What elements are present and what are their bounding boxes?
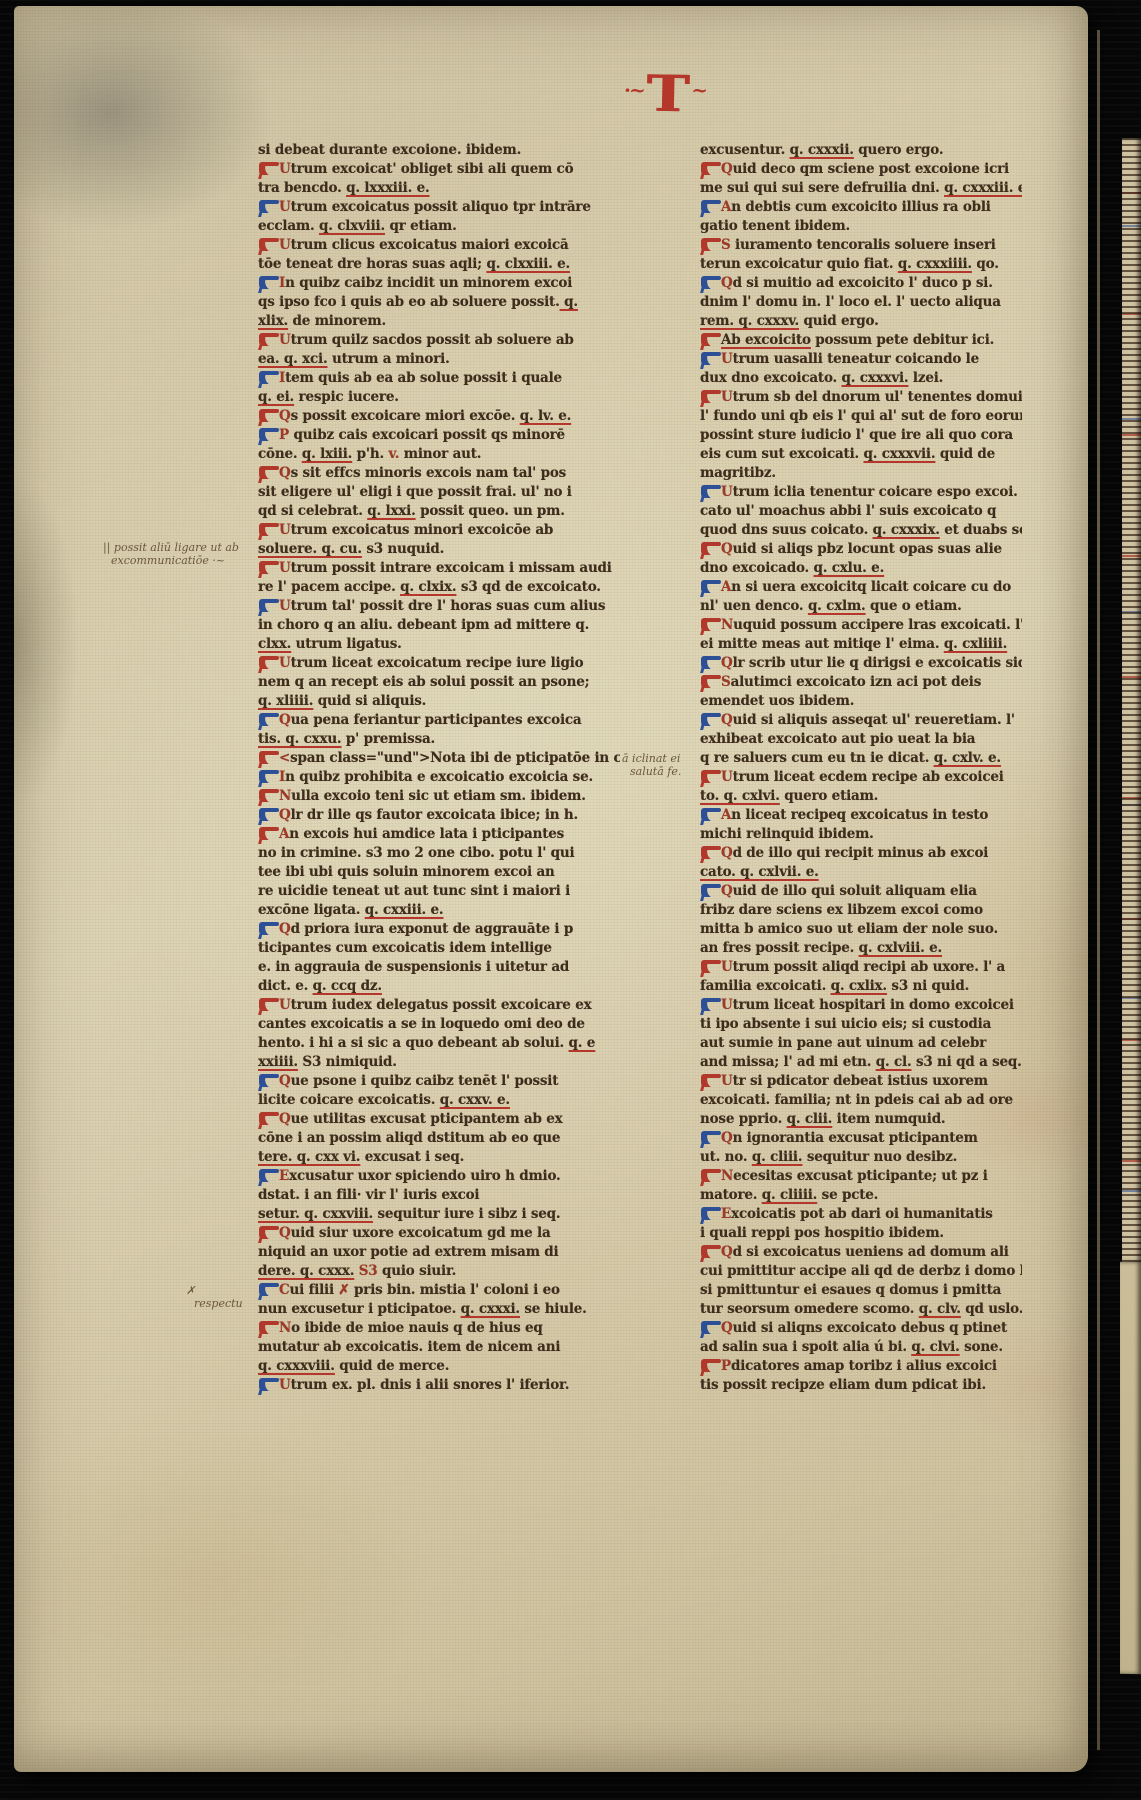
text-line: mutatur ab excoicatis. item de nicem ani bbox=[258, 1338, 620, 1357]
text-line: cato. q. cxlvii. e. bbox=[700, 863, 1022, 882]
paraph-mark bbox=[701, 333, 714, 346]
text-line: P quibz cais excoicari possit qs minorē bbox=[258, 426, 620, 445]
text-line: Utrum excoicatus possit aliquo tpr intrā… bbox=[258, 198, 620, 217]
paraph-mark bbox=[259, 770, 272, 783]
paraph-mark bbox=[701, 770, 714, 783]
text-line: Que psone i quibz caibz tenēt l' possit bbox=[258, 1072, 620, 1091]
paraph-mark bbox=[701, 390, 714, 403]
text-line: tra bencdo. q. lxxxiii. e. bbox=[258, 179, 620, 198]
text-line: cōne i an possim aliqd dstitum ab eo que bbox=[258, 1129, 620, 1148]
facing-page-blank-edge bbox=[1120, 1262, 1141, 1674]
text-line: magritibz. bbox=[700, 464, 1022, 483]
facing-page-text-edge bbox=[1122, 138, 1141, 1262]
text-line: cato ul' moachus abbi l' suis excoicato … bbox=[700, 502, 1022, 521]
paraph-mark bbox=[701, 808, 714, 821]
paraph-mark bbox=[701, 675, 714, 688]
text-line: an fres possit recipe. q. cxlviii. e. bbox=[700, 939, 1022, 958]
text-line: soluere. q. cu. s3 nuquid. bbox=[258, 540, 620, 559]
text-line: Utrum possit aliqd recipi ab uxore. l' a bbox=[700, 958, 1022, 977]
text-line: S iuramento tencoralis soluere inseri bbox=[700, 236, 1022, 255]
paraph-mark bbox=[701, 276, 714, 289]
text-line: No ibide de mioe nauis q de hius eq bbox=[258, 1319, 620, 1338]
text-line: Utrum tal' possit dre l' horas suas cum … bbox=[258, 597, 620, 616]
text-line: matore. q. cliiii. se pcte. bbox=[700, 1186, 1022, 1205]
text-line: setur. q. cxxviii. sequitur iure i sibz … bbox=[258, 1205, 620, 1224]
text-line: re l' pacem accipe. q. clxix. s3 qd de e… bbox=[258, 578, 620, 597]
text-line: eis cum sut excoicati. q. cxxxvii. quid … bbox=[700, 445, 1022, 464]
text-line: excusentur. q. cxxxii. quero ergo. bbox=[700, 141, 1022, 160]
paraph-mark bbox=[259, 1321, 272, 1334]
paraph-mark bbox=[701, 542, 714, 555]
paraph-mark bbox=[259, 1074, 272, 1087]
margin-note-line: || possit aliū ligare ut ab bbox=[103, 541, 239, 554]
paraph-mark bbox=[701, 1245, 714, 1258]
text-line: dnim l' domu in. l' loco el. l' uecto al… bbox=[700, 293, 1022, 312]
text-line: ei mitte meas aut mitiqe l' eima. q. cxl… bbox=[700, 635, 1022, 654]
text-line: Utrum excoicatus minori excoicōe ab bbox=[258, 521, 620, 540]
text-line: Utr si pdicator debeat istius uxorem bbox=[700, 1072, 1022, 1091]
text-line: Utrum iclia tenentur coicare espo excoi. bbox=[700, 483, 1022, 502]
paraph-mark bbox=[259, 371, 272, 384]
text-line: nun excusetur i pticipatoe. q. cxxxi. se… bbox=[258, 1300, 620, 1319]
paraph-mark bbox=[259, 922, 272, 935]
text-line: to. q. cxlvi. quero etiam. bbox=[700, 787, 1022, 806]
text-line: Utrum liceat ecdem recipe ab excoicei bbox=[700, 768, 1022, 787]
paraph-mark bbox=[259, 238, 272, 251]
text-line: in choro q an aliu. debeant ipm ad mitte… bbox=[258, 616, 620, 635]
text-line: Utrum iudex delegatus possit excoicare e… bbox=[258, 996, 620, 1015]
paraph-mark bbox=[701, 580, 714, 593]
text-column-left: si debeat durante excoione. ibidem.Utrum… bbox=[258, 141, 620, 1395]
text-line: rem. q. cxxxv. quid ergo. bbox=[700, 312, 1022, 331]
text-line: i quali reppi pos hospitio ibidem. bbox=[700, 1224, 1022, 1243]
paraph-mark bbox=[259, 599, 272, 612]
text-line: terun excoicatur quio fiat. q. cxxxiiii.… bbox=[700, 255, 1022, 274]
text-line: Qua pena feriantur participantes excoica bbox=[258, 711, 620, 730]
paraph-mark bbox=[701, 960, 714, 973]
paraph-mark bbox=[259, 998, 272, 1011]
text-line: Necesitas excusat pticipante; ut pz i bbox=[700, 1167, 1022, 1186]
text-line: Quid deco qm sciene post excoione icri bbox=[700, 160, 1022, 179]
text-line: In quibz caibz incidit un minorem excoi bbox=[258, 274, 620, 293]
text-line: An liceat recipeq excoicatus in testo bbox=[700, 806, 1022, 825]
paraph-mark bbox=[259, 713, 272, 726]
text-line: Utrum possit intrare excoicam i missam a… bbox=[258, 559, 620, 578]
text-line: hento. i hi a si sic a quo debeant ab so… bbox=[258, 1034, 620, 1053]
text-line: tōe teneat dre horas suas aqli; q. clxxi… bbox=[258, 255, 620, 274]
text-line: Utrum liceat excoicatum recipe iure ligi… bbox=[258, 654, 620, 673]
text-line: Item quis ab ea ab solue possit i quale bbox=[258, 369, 620, 388]
text-line: michi relinquid ibidem. bbox=[700, 825, 1022, 844]
paraph-mark bbox=[701, 618, 714, 631]
text-line: Quid siur uxore excoicatum gd me la bbox=[258, 1224, 620, 1243]
text-line: Utrum sb del dnorum ul' tenentes domui bbox=[700, 388, 1022, 407]
paraph-mark bbox=[701, 1359, 714, 1372]
paraph-mark bbox=[259, 1169, 272, 1182]
text-line: Que utilitas excusat pticipantem ab ex bbox=[258, 1110, 620, 1129]
text-line: Utrum clicus excoicatus maiori excoicā bbox=[258, 236, 620, 255]
paraph-mark bbox=[259, 789, 272, 802]
text-line: re uicidie teneat ut aut tunc sint i mai… bbox=[258, 882, 620, 901]
text-line: Utrum ex. pl. dnis i alii snores l' ifer… bbox=[258, 1376, 620, 1395]
text-line: q re saluers cum eu tn ie dicat. q. cxlv… bbox=[700, 749, 1022, 768]
paraph-mark bbox=[701, 200, 714, 213]
text-line: q. ei. respic iucere. bbox=[258, 388, 620, 407]
paraph-mark bbox=[259, 1226, 272, 1239]
text-line: qd si celebrat. q. lxxi. possit queo. un… bbox=[258, 502, 620, 521]
text-line: ea. q. xci. utrum a minori. bbox=[258, 350, 620, 369]
margin-note-line: salutā fe. bbox=[630, 765, 681, 778]
text-line: e. in aggrauia de suspensionis i uitetur… bbox=[258, 958, 620, 977]
paraph-mark bbox=[259, 751, 272, 764]
text-line: Utrum liceat hospitari in domo excoicei bbox=[700, 996, 1022, 1015]
paraph-mark bbox=[259, 162, 272, 175]
paraph-mark bbox=[259, 808, 272, 821]
text-line: and missa; l' ad mi etn. q. cl. s3 ni qd… bbox=[700, 1053, 1022, 1072]
text-line: Pdicatores amap toribz i alius excoici bbox=[700, 1357, 1022, 1376]
paraph-mark bbox=[701, 162, 714, 175]
paraph-mark bbox=[259, 276, 272, 289]
text-line: excoicati. familia; nt in pdeis cai ab a… bbox=[700, 1091, 1022, 1110]
text-line: Qlr scrib utur lie q dirigsi e excoicati… bbox=[700, 654, 1022, 673]
text-line: Excoicatis pot ab dari oi humanitatis bbox=[700, 1205, 1022, 1224]
paraph-mark bbox=[259, 1112, 272, 1125]
text-line: clxx. utrum ligatus. bbox=[258, 635, 620, 654]
margin-note-line: excommunicatiōe ·~ bbox=[111, 554, 239, 567]
paraph-mark bbox=[259, 466, 272, 479]
text-line: An debtis cum excoicito illius ra obli bbox=[700, 198, 1022, 217]
paraph-mark bbox=[701, 713, 714, 726]
text-line: Qd si excoicatus ueniens ad domum ali bbox=[700, 1243, 1022, 1262]
text-column-right: excusentur. q. cxxxii. quero ergo.Quid d… bbox=[700, 141, 1022, 1395]
text-line: xxiiii. S3 nimiquid. bbox=[258, 1053, 620, 1072]
text-line: Quid si aliqs pbz locunt opas suas alie bbox=[700, 540, 1022, 559]
text-line: tere. q. cxx vi. excusat i seq. bbox=[258, 1148, 620, 1167]
paraph-mark bbox=[701, 1321, 714, 1334]
paraph-mark bbox=[259, 409, 272, 422]
text-line: dno excoicado. q. cxlu. e. bbox=[700, 559, 1022, 578]
paraph-mark bbox=[701, 485, 714, 498]
text-line: Quid si aliquis asseqat ul' reueretiam. … bbox=[700, 711, 1022, 730]
paraph-mark bbox=[701, 1169, 714, 1182]
text-line: quod dns suus coicato. q. cxxxix. et dua… bbox=[700, 521, 1022, 540]
paraph-mark bbox=[259, 656, 272, 669]
paraph-mark bbox=[701, 884, 714, 897]
text-line: l' fundo uni qb eis l' qui al' sut de fo… bbox=[700, 407, 1022, 426]
paraph-mark bbox=[259, 561, 272, 574]
backdrop: { "colors":{ "backdrop":"#070707","parch… bbox=[0, 0, 1141, 1800]
text-line: <span class="und">Nota ibi de pticipatōe… bbox=[258, 749, 620, 768]
quire-mark: ·~ T ~ bbox=[600, 62, 730, 136]
text-line: no in crimine. s3 mo 2 one cibo. potu l'… bbox=[258, 844, 620, 863]
text-line: Qs possit excoicare miori excōe. q. lv. … bbox=[258, 407, 620, 426]
text-line: aut sumie in pane aut uinum ad celebr bbox=[700, 1034, 1022, 1053]
text-line: Salutimci excoicato izn aci pot deis bbox=[700, 673, 1022, 692]
margin-note: ✗respectu bbox=[186, 1284, 243, 1310]
text-line: familia excoicati. q. cxlix. s3 ni quid. bbox=[700, 977, 1022, 996]
text-line: sit eligere ul' eligi i que possit frai.… bbox=[258, 483, 620, 502]
paraph-mark bbox=[701, 656, 714, 669]
facing-leaf-edge bbox=[1097, 30, 1100, 1750]
text-line: nl' uen denco. q. cxlm. que o etiam. bbox=[700, 597, 1022, 616]
text-line: possint sture iudicio l' que ire ali quo… bbox=[700, 426, 1022, 445]
text-line: excōne ligata. q. cxxiii. e. bbox=[258, 901, 620, 920]
text-line: q. cxxxviii. quid de merce. bbox=[258, 1357, 620, 1376]
text-line: ticipantes cum excoicatis idem intellige bbox=[258, 939, 620, 958]
text-line: cui pmittitur accipe ali qd de derbz i d… bbox=[700, 1262, 1022, 1281]
text-line: me sui qui sui sere defruilia dni. q. cx… bbox=[700, 179, 1022, 198]
text-line: Quid de illo qui soluit aliquam elia bbox=[700, 882, 1022, 901]
margin-note: ā iclinat eisalutā fe. bbox=[622, 752, 681, 778]
text-line: Qd de illo qui recipit minus ab excoi bbox=[700, 844, 1022, 863]
margin-note-line: respectu bbox=[194, 1297, 243, 1310]
text-line: exhibeat excoicato aut pio ueat la bia bbox=[700, 730, 1022, 749]
text-line: ut. no. q. cliii. sequitur nuo desibz. bbox=[700, 1148, 1022, 1167]
text-line: Qd si muitio ad excoicito l' duco p si. bbox=[700, 274, 1022, 293]
paraph-mark bbox=[701, 352, 714, 365]
margin-note: || possit aliū ligare ut abexcommunicati… bbox=[103, 541, 239, 567]
text-line: cantes excoicatis a se in loquedo omi de… bbox=[258, 1015, 620, 1034]
text-line: tur seorsum omedere scomo. q. clv. qd us… bbox=[700, 1300, 1022, 1319]
text-line: Qn ignorantia excusat pticipantem bbox=[700, 1129, 1022, 1148]
text-line: Qlr dr ille qs fautor excoicata ibice; i… bbox=[258, 806, 620, 825]
text-line: niquid an uxor potie ad extrem misam di bbox=[258, 1243, 620, 1262]
text-line: tee ibi ubi quis soluin minorem excoi an bbox=[258, 863, 620, 882]
text-line: emendet uos ibidem. bbox=[700, 692, 1022, 711]
text-line: In quibz prohibita e excoicatio excoicia… bbox=[258, 768, 620, 787]
text-line: ecclam. q. clxviii. qr etiam. bbox=[258, 217, 620, 236]
text-line: nose pprio. q. clii. item numquid. bbox=[700, 1110, 1022, 1129]
text-line: fribz dare sciens ex libzem excoi como bbox=[700, 901, 1022, 920]
quire-mark-right-flourish: ~ bbox=[691, 78, 706, 102]
text-line: dict. e. q. ccq dz. bbox=[258, 977, 620, 996]
text-line: dux dno excoicato. q. cxxxvi. lzei. bbox=[700, 369, 1022, 388]
text-line: q. xliiii. quid si aliquis. bbox=[258, 692, 620, 711]
margin-note-line: ā iclinat ei bbox=[622, 752, 681, 765]
paraph-mark bbox=[701, 846, 714, 859]
text-line: tis possit recipze eliam dum pdicat ibi. bbox=[700, 1376, 1022, 1395]
text-line: dere. q. cxxx. S3 quio siuir. bbox=[258, 1262, 620, 1281]
text-line: Cui filii ✗ pris bin. mistia l' coloni i… bbox=[258, 1281, 620, 1300]
paraph-mark bbox=[259, 200, 272, 213]
text-line: qs ipso fco i quis ab eo ab soluere poss… bbox=[258, 293, 620, 312]
text-line: ad salin sua i spoit alia ú bi. q. clvi.… bbox=[700, 1338, 1022, 1357]
text-line: cōne. q. lxiii. p'h. v. minor aut. bbox=[258, 445, 620, 464]
text-line: si debeat durante excoione. ibidem. bbox=[258, 141, 620, 160]
text-line: dstat. i an fili· vir l' iuris excoi bbox=[258, 1186, 620, 1205]
text-line: gatio tenent ibidem. bbox=[700, 217, 1022, 236]
text-line: Utrum excoicat' obliget sibi ali quem cō bbox=[258, 160, 620, 179]
paraph-mark bbox=[259, 523, 272, 536]
paraph-mark bbox=[701, 1131, 714, 1144]
paraph-mark bbox=[701, 1074, 714, 1087]
paraph-mark bbox=[259, 827, 272, 840]
text-line: Nuquid possum accipere lras excoicati. l… bbox=[700, 616, 1022, 635]
text-line: tis. q. cxxu. p' premissa. bbox=[258, 730, 620, 749]
paraph-mark bbox=[259, 428, 272, 441]
paraph-mark bbox=[259, 1378, 272, 1391]
manuscript-page: ·~ T ~ si debeat durante excoione. ibide… bbox=[14, 6, 1088, 1772]
paraph-mark bbox=[259, 333, 272, 346]
text-line: Nulla excoio teni sic ut etiam sm. ibide… bbox=[258, 787, 620, 806]
text-line: Utrum uasalli teneatur coicando le bbox=[700, 350, 1022, 369]
text-line: An si uera excoicitq licait coicare cu d… bbox=[700, 578, 1022, 597]
text-line: licite coicare excoicatis. q. cxxv. e. bbox=[258, 1091, 620, 1110]
paraph-mark bbox=[701, 238, 714, 251]
text-line: Ab excoicito possum pete debitur ici. bbox=[700, 331, 1022, 350]
text-line: mitta b amico suo ut eliam der nole suo. bbox=[700, 920, 1022, 939]
text-line: Quid si aliqns excoicato debus q ptinet bbox=[700, 1319, 1022, 1338]
text-line: Excusatur uxor spiciendo uiro h dmio. bbox=[258, 1167, 620, 1186]
text-line: Qs sit effcs minoris excois nam tal' pos bbox=[258, 464, 620, 483]
paraph-mark bbox=[259, 1283, 272, 1296]
text-line: Qd priora iura exponut de aggrauāte i p bbox=[258, 920, 620, 939]
text-line: nem q an recept eis ab solui possit an p… bbox=[258, 673, 620, 692]
text-line: Utrum quilz sacdos possit ab soluere ab bbox=[258, 331, 620, 350]
text-line: ti ipo absente i sui uicio eis; si custo… bbox=[700, 1015, 1022, 1034]
quire-mark-left-flourish: ·~ bbox=[624, 78, 644, 102]
text-line: An excois hui amdice lata i pticipantes bbox=[258, 825, 620, 844]
text-line: si pmittuntur ei esaues q domus i pmitta bbox=[700, 1281, 1022, 1300]
margin-note-line: ✗ bbox=[186, 1284, 243, 1297]
text-line: xlix. de minorem. bbox=[258, 312, 620, 331]
paraph-mark bbox=[701, 1207, 714, 1220]
paraph-mark bbox=[701, 998, 714, 1011]
quire-mark-glyph: T bbox=[645, 62, 689, 127]
